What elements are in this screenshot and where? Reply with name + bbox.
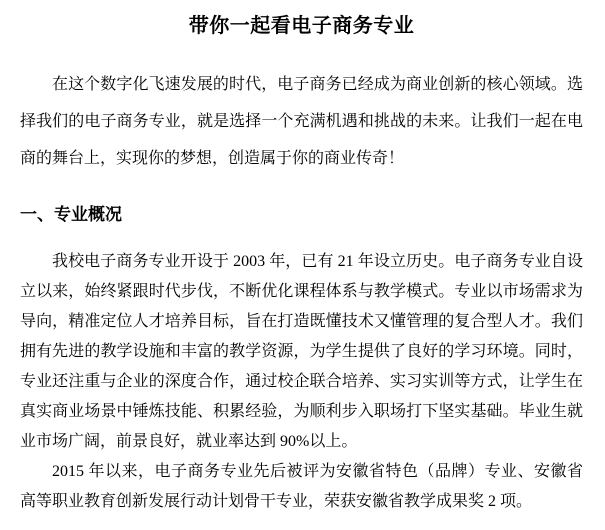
intro-paragraph: 在这个数字化飞速发展的时代，电子商务已经成为商业创新的核心领域。选择我们的电子商… — [20, 66, 583, 177]
section-paragraph-awards: 2015 年以来，电子商务专业先后被评为安徽省特色（品牌）专业、安徽省高等职业教… — [20, 457, 583, 517]
section-paragraph-history: 我校电子商务专业开设于 2003 年，已有 21 年设立历史。电子商务专业自设立… — [20, 247, 583, 457]
document-title: 带你一起看电子商务专业 — [20, 13, 583, 39]
section-heading-overview: 一、专业概况 — [20, 203, 583, 227]
document-page: 带你一起看电子商务专业 在这个数字化飞速发展的时代，电子商务已经成为商业创新的核… — [0, 0, 605, 530]
